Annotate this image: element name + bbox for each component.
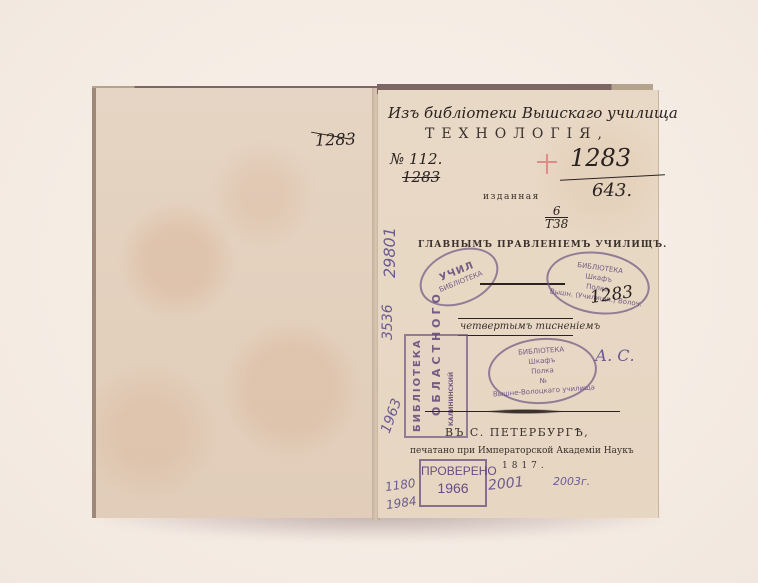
edition-rule-top [458, 318, 573, 319]
red-cross-mark [537, 154, 557, 174]
regional-library-stamp: БИБЛІОТЕКА ОБЛАСТНОГО КАЛИНИНСКИЙ [404, 334, 468, 438]
left-cover-handwritten-number: 1283 [315, 129, 356, 149]
initials-note: А. С. [595, 346, 635, 365]
book-title: ТЕХНОЛОГІЯ, [425, 126, 609, 142]
edition-line: четвертымъ тисненіемъ [460, 321, 600, 332]
margin-number-1: 29801 [380, 227, 399, 278]
shelf-mark-crossed: 1283 [402, 168, 440, 186]
checked-stamp: ПРОВЕРЕНО 1966 [419, 459, 487, 507]
call-fraction-bottom: Т38 [545, 217, 568, 230]
inventory-sub-number: 643. [592, 180, 632, 201]
edition-rule-bottom [458, 335, 573, 336]
published-label: изданная [483, 192, 540, 202]
left-inner-cover [92, 88, 377, 518]
open-book: 1283 Изъ библіотеки Вышскаго училища ТЕХ… [0, 0, 758, 583]
printer-line: печатано при Императорской Академіи Наук… [410, 446, 634, 456]
inventory-number: 1283 [570, 144, 631, 172]
margin-number-2: 3536 [380, 304, 396, 340]
call-number-fraction: 6 Т38 [545, 205, 568, 230]
owner-inscription: Изъ библіотеки Вышскаго училища [388, 104, 678, 122]
city-line: ВЪ С. ПЕТЕРБУРГѢ, [445, 426, 589, 439]
call-fraction-top: 6 [553, 204, 561, 218]
shelf-mark: № 112. [390, 150, 442, 168]
publication-year: 1817. [502, 461, 548, 471]
bottom-note-2003: 2003г. [553, 475, 590, 488]
ornament [485, 409, 565, 414]
